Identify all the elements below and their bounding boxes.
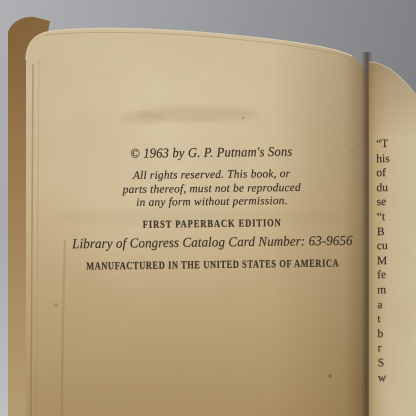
right-page-text-fragment: m (377, 283, 416, 298)
right-page-text-fragment: “t (377, 210, 416, 225)
right-page-text-fragment: a (377, 297, 416, 312)
right-page-text-fragment: t (377, 312, 416, 327)
edition-notice: FIRST PAPERBACK EDITION (62, 215, 362, 231)
rights-line-3: in any form without permission. (62, 194, 362, 211)
copyright-notice: © 1963 by G. P. Putnam's Sons (61, 144, 361, 162)
right-page-text-fragment: fe (377, 268, 416, 283)
right-page-text-fragment: of (376, 166, 416, 181)
loc-catalog-line: Library of Congress Catalog Card Number:… (62, 233, 362, 251)
right-page-text-fragment: r (378, 341, 416, 356)
right-page-text-fragment: B (377, 224, 416, 239)
right-page-text-fragment: b (377, 327, 416, 342)
right-page-text-fragment: cu (377, 239, 416, 254)
right-page-text-column: “T his of du se “t B cu M fe m a t b r S… (376, 137, 416, 386)
right-page-text-fragment: “T (376, 137, 416, 152)
copyright-page-text: © 1963 by G. P. Putnam's Sons All rights… (61, 144, 362, 269)
right-page-text-fragment: se (377, 195, 416, 210)
book-photo: © 1963 by G. P. Putnam's Sons All rights… (0, 0, 416, 416)
right-page-text-fragment: S (378, 356, 416, 371)
right-page-text-fragment: w (378, 370, 416, 385)
right-page-text-fragment: M (377, 254, 416, 269)
right-page-text-fragment: du (376, 181, 416, 196)
right-page-text-fragment: his (376, 151, 416, 166)
rights-paragraph: All rights reserved. This book, or parts… (62, 167, 362, 211)
